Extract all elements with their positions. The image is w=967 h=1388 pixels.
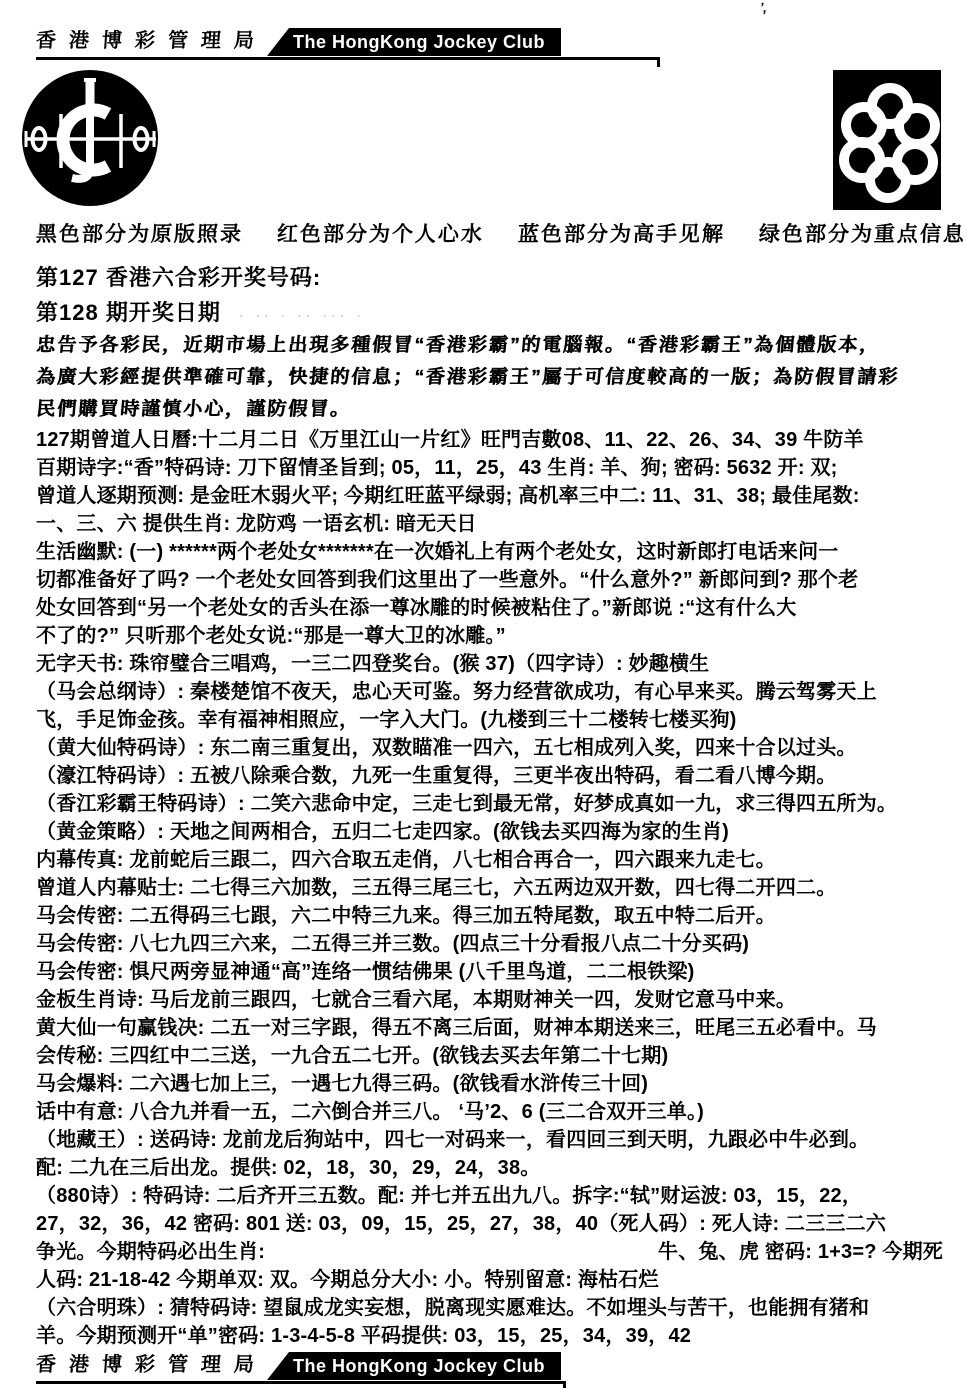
text-line: （马会总纲诗）: 秦楼楚馆不夜天，忠心天可鉴。努力经营欲成功，有心早来买。腾云驾… — [36, 678, 957, 706]
six-rings-emblem-icon — [833, 70, 941, 210]
faint-scan-dots: · ·· · ·· ··· · — [239, 307, 365, 323]
text-line: 内幕传真: 龙前蛇后三跟二，四六合取五走俏，八七相合再合一，四六跟来九走七。 — [36, 846, 957, 874]
text-line: （香江彩霸王特码诗）: 二笑六悲命中定，三走七到最无常，好梦成真如一九，求三得四… — [36, 790, 957, 818]
text-line: 金板生肖诗: 马后龙前三跟四，七就合三看六尾，本期财神关一四，发财它意马中来。 — [36, 986, 957, 1014]
text-line: 百期诗字:“香”特码诗: 刀下留情圣旨到; 05，11，25，43 生肖: 羊、… — [36, 454, 957, 482]
split-left: 争光。今期特码必出生肖: — [36, 1238, 265, 1266]
legend-item: 蓝色部分为高手见解 — [517, 218, 726, 248]
text-line: 為廣大彩經提供準確可靠，快捷的信息；“香港彩霸王”屬于可信度較高的一版；為防假冒… — [35, 362, 959, 394]
text-line: 忠告予各彩民，近期市場上出現多種假冒“香港彩霸”的電腦報。“香港彩霸王”為個體版… — [35, 330, 959, 362]
text-line: （黄金策略）: 天地之间两相合，五归二七走四家。(欲钱去买四海为家的生肖) — [36, 818, 957, 846]
text-line: 马会传密: 八七九四三六来，二五得三并三数。(四点三十分看报八点二十分买码) — [36, 930, 957, 958]
text-line: 第128 期开奖日期· ·· · ·· ··· · — [36, 295, 957, 330]
text-line: 马会传密: 惧尺两旁显神通“高”连络一惯结佛果 (八千里鸟道，二二根铁梁) — [36, 958, 957, 986]
header-rule — [36, 57, 660, 60]
text-line: 羊。今期预测开“单”密码: 1-3-4-5-8 平码提供: 03，15，25，3… — [36, 1322, 957, 1350]
text-line: 马会爆料: 二六遇七加上三，一遇七九得三码。(欲钱看水浒传三十回) — [36, 1070, 957, 1098]
text-line: 不了的?” 只听那个老处女说:“那是一尊大卫的冰雕。” — [36, 622, 957, 650]
text-line: 民們購買時謹慎小心，謹防假冒。 — [35, 394, 959, 426]
text-line: 27，32，36，42 密码: 801 送: 03，09，15，25，27，38… — [36, 1210, 957, 1238]
footer-rule — [36, 1381, 566, 1384]
text-line: （黄大仙特码诗）: 东二南三重复出，双数瞄准一四六，五七相成列入奖，四来十合以过… — [36, 734, 957, 762]
text-line: 第127 香港六合彩开奖号码: — [36, 260, 957, 295]
text-line: 会传秘: 三四红中二三送，一九合五二七开。(欲钱去买去年第二十七期) — [36, 1042, 957, 1070]
text-line: 黄大仙一句赢钱决: 二五一对三字跟，得五不离三后面，财神本期送来三，旺尾三五必看… — [36, 1014, 957, 1042]
text-line: （地藏王）: 送码诗: 龙前龙后狗站中，四七一对码来一，看四回三到天明，九跟必中… — [36, 1126, 957, 1154]
brand-english-title: The HongKong Jockey Club — [267, 1352, 561, 1380]
header-brand-bar: 香港博彩管理局 The HongKong Jockey Club — [36, 26, 561, 56]
text-line: 无字天书: 珠帘璧合三唱鸡，一三二四登奖台。(猴 37)（四字诗）: 妙趣横生 — [36, 650, 957, 678]
text-line: 一、三、六 提供生肖: 龙防鸡 一语玄机: 暗无天日 — [36, 510, 957, 538]
text-line: 127期曾道人日曆:十二月二日《万里江山一片红》旺門吉數08、11、22、26、… — [36, 426, 957, 454]
text-line: （880诗）: 特码诗: 二后齐开三五数。配: 并七并五出九八。拆字:“轼”财运… — [36, 1182, 957, 1210]
text-line: 飞，手足饰金孩。幸有福神相照应，一字入大门。(九楼到三十二楼转七楼买狗) — [36, 706, 957, 734]
scan-artifact-mark: ’, — [759, 0, 769, 16]
color-legend: 黑色部分为原版照录红色部分为个人心水蓝色部分为高手见解绿色部分为重点信息 — [35, 218, 967, 248]
text-line: 马会传密: 二五得码三七跟，六二中特三九来。得三加五特尾数，取五中特二后开。 — [36, 902, 957, 930]
scanned-lottery-sheet: ’, 香港博彩管理局 The HongKong Jockey Club — [0, 0, 967, 1388]
jockey-club-emblem-icon — [22, 68, 159, 208]
brand-chinese-title: 香港博彩管理局 — [35, 1348, 268, 1380]
text-line: 曾道人内幕贴士: 二七得三六加数，三五得三尾三七，六五两边双开数，四七得二开四二… — [36, 874, 957, 902]
text-line: 人码: 21-18-42 今期单双: 双。今期总分大小: 小。特别留意: 海枯石… — [36, 1266, 957, 1294]
brand-chinese-title: 香港博彩管理局 — [35, 24, 268, 56]
text-line: 曾道人逐期预测: 是金旺木弱火平; 今期红旺蓝平绿弱; 高机率三中二: 11、3… — [36, 482, 957, 510]
legend-item: 黑色部分为原版照录 — [35, 218, 244, 248]
text-line: 争光。今期特码必出生肖:牛、兔、虎 密码: 1+3=? 今期死 — [36, 1238, 957, 1266]
legend-item: 绿色部分为重点信息 — [758, 218, 967, 248]
text-line: 生活幽默: (一) ******两个老处女*******在一次婚礼上有两个老处女… — [36, 538, 957, 566]
text-line: 切都准备好了吗? 一个老处女回答到我们这里出了一些意外。“什么意外?” 新郎问到… — [36, 566, 957, 594]
text-line: 话中有意: 八合九并看一五，二六倒合并三八。 ‘马’2、6 (三二合双开三单。) — [36, 1098, 957, 1126]
text-line: 配: 二九在三后出龙。提供: 02，18，30，29，24，38。 — [36, 1154, 957, 1182]
split-right: 牛、兔、虎 密码: 1+3=? 今期死 — [658, 1238, 943, 1266]
legend-item: 红色部分为个人心水 — [276, 218, 485, 248]
footer-brand-bar: 香港博彩管理局 The HongKong Jockey Club — [36, 1350, 561, 1380]
brand-english-title: The HongKong Jockey Club — [267, 28, 561, 56]
text-line: 处女回答到“另一个老处女的舌头在添一尊冰雕的时候被粘住了。”新郎说 :“这有什么… — [36, 594, 957, 622]
body-text: 第127 香港六合彩开奖号码:第128 期开奖日期· ·· · ·· ··· ·… — [36, 260, 957, 1350]
text-line: （濠江特码诗）: 五被八除乘合数，九死一生重复得，三更半夜出特码，看二看八博今期… — [36, 762, 957, 790]
text-line: （六合明珠）: 猜特码诗: 望鼠成龙实妄想，脱离现实愿难达。不如埋头与苦干，也能… — [36, 1294, 957, 1322]
